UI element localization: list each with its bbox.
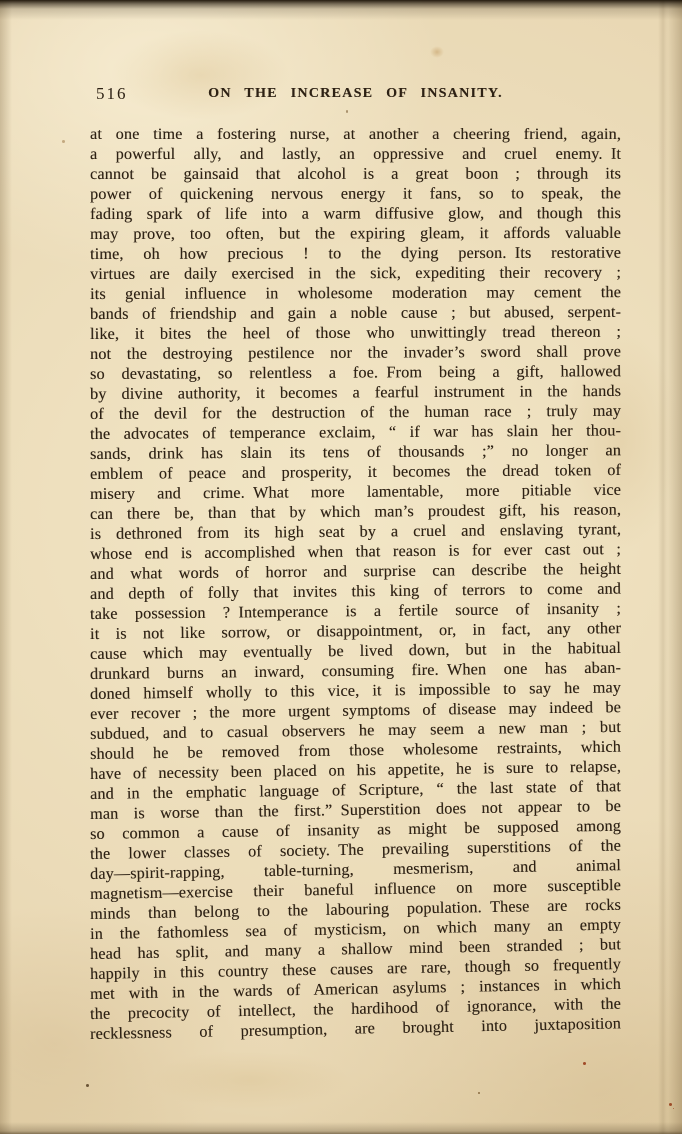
page-edge-shadow-top xyxy=(0,0,682,20)
text-line: time, oh how precious ! to the dying per… xyxy=(90,243,621,264)
text-line: bands of friendship and gain a noble cau… xyxy=(90,302,621,324)
text-line: at one time a fostering nurse, at anothe… xyxy=(90,124,621,144)
foxing-speck xyxy=(86,1084,89,1087)
foxing-speck xyxy=(669,1103,672,1106)
running-title: ON THE INCREASE OF INSANITY. xyxy=(90,84,621,102)
text-line: virtues are daily exercised in the sick,… xyxy=(90,262,621,284)
body-text: at one time a fostering nurse, at anothe… xyxy=(90,124,621,1044)
page-edge-shadow-right xyxy=(666,0,682,1134)
paper-stain xyxy=(150,1050,350,1110)
text-line: power of quickening nervous energy it fa… xyxy=(90,183,621,204)
page-header: 516 ON THE INCREASE OF INSANITY. xyxy=(90,84,621,106)
paper-stain xyxy=(110,30,290,120)
text-line: like, it bites the heel of those who unw… xyxy=(90,322,621,344)
page-number: 516 xyxy=(96,84,128,104)
page-edge-shadow-left xyxy=(0,0,12,1134)
text-line: a powerful ally, and lastly, an oppressi… xyxy=(90,144,621,164)
foxing-speck xyxy=(346,110,348,113)
paper-stain xyxy=(430,46,444,58)
text-line: its genial influence in wholesome modera… xyxy=(90,282,621,304)
foxing-speck xyxy=(478,1092,480,1094)
text-line: cannot be gainsaid that alcohol is a gre… xyxy=(90,164,621,184)
text-line: may prove, too often, but the expiring g… xyxy=(90,223,621,244)
page-crease xyxy=(658,0,668,1134)
foxing-speck xyxy=(583,1062,586,1065)
page-edge-shadow-bottom xyxy=(0,1122,682,1134)
foxing-speck xyxy=(62,140,65,143)
scanned-book-page: 516 ON THE INCREASE OF INSANITY. at one … xyxy=(0,0,682,1134)
text-line: fading spark of life into a warm diffusi… xyxy=(90,203,621,224)
